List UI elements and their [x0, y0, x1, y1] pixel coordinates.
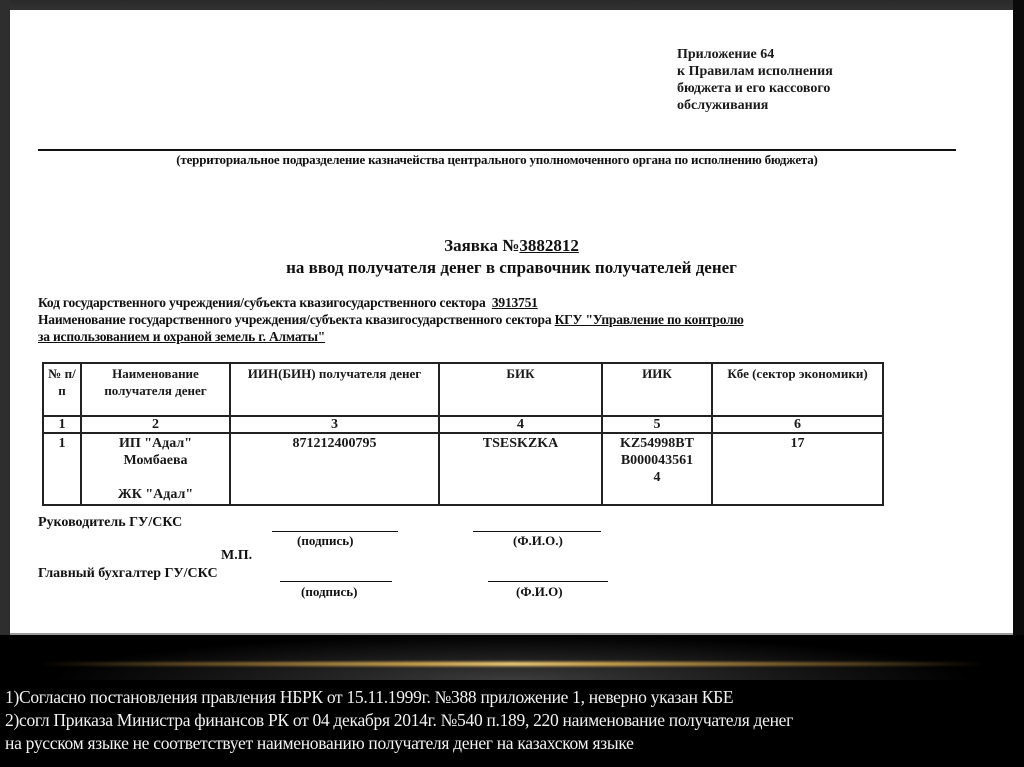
request-title: Заявка №3882812	[10, 236, 1013, 256]
appendix-line: Приложение 64	[677, 46, 833, 63]
recipient-bik: TSESKZKA	[439, 433, 602, 505]
accountant-name-line	[488, 581, 608, 582]
appendix-line: к Правилам исполнения	[677, 63, 833, 80]
accountant-signature-caption: (подпись)	[301, 584, 357, 600]
recipient-iik: KZ54998BT B000043561 4	[602, 433, 712, 505]
table-row: 1 ИП "Адал" Момбаева ЖК "Адал" 871212400…	[43, 433, 883, 505]
appendix-line: бюджета и его кассового	[677, 80, 833, 97]
recipient-iin: 871212400795	[230, 433, 439, 505]
table-header-row: № п/ п Наименование получателя денег ИИН…	[43, 363, 883, 416]
slide-left-frame	[0, 0, 10, 640]
institution-name-value-1: КГУ "Управление по контролю	[555, 312, 744, 327]
institution-name-label: Наименование государственного учреждения…	[38, 312, 551, 327]
request-number: 3882812	[519, 236, 579, 255]
institution-code: Код государственного учреждения/субъекта…	[38, 294, 538, 311]
accountant-name-caption: (Ф.И.О)	[516, 584, 563, 600]
head-signature-line	[272, 531, 398, 532]
subdivision-fill-line	[38, 149, 956, 151]
recipient-name-line: ЖК "Адал"	[85, 486, 226, 503]
head-signature-caption: (подпись)	[297, 533, 353, 549]
recipient-name-line: Момбаева	[85, 452, 226, 469]
column-header: Кбе (сектор экономики)	[712, 363, 883, 416]
note-line: 2)согл Приказа Министра финансов РК от 0…	[5, 709, 793, 732]
head-label: Руководитель ГУ/СКС	[38, 515, 182, 531]
column-header: ИИН(БИН) получателя денег	[230, 363, 439, 416]
accountant-label: Главный бухгалтер ГУ/СКС	[38, 566, 218, 582]
column-header: Наименование получателя денег	[81, 363, 230, 416]
column-number: 6	[712, 416, 883, 433]
slide-notes: 1)Согласно постановления правления НБРК …	[5, 686, 793, 755]
row-number: 1	[43, 433, 81, 505]
note-line: 1)Согласно постановления правления НБРК …	[5, 686, 793, 709]
appendix-line: обслуживания	[677, 97, 833, 114]
appendix-note: Приложение 64 к Правилам исполнения бюдж…	[677, 46, 833, 114]
institution-name: Наименование государственного учреждения…	[38, 311, 958, 345]
iik-line: B000043561	[606, 452, 708, 469]
head-name-caption: (Ф.И.О.)	[513, 533, 563, 549]
column-number-row: 1 2 3 4 5 6	[43, 416, 883, 433]
recipient-name-line: ИП "Адал"	[85, 435, 226, 452]
iik-line: 4	[606, 469, 708, 486]
request-title-prefix: Заявка №	[444, 236, 519, 255]
column-number: 5	[602, 416, 712, 433]
column-number: 3	[230, 416, 439, 433]
slide-right-frame	[1013, 0, 1024, 640]
request-subtitle: на ввод получателя денег в справочник по…	[10, 258, 1013, 278]
column-number: 4	[439, 416, 602, 433]
stamp-label: М.П.	[221, 548, 252, 564]
accountant-signature-line	[280, 581, 392, 582]
subdivision-caption: (территориальное подразделение казначейс…	[38, 152, 956, 168]
institution-code-label: Код государственного учреждения/субъекта…	[38, 295, 486, 310]
column-number: 1	[43, 416, 81, 433]
recipient-table: № п/ п Наименование получателя денег ИИН…	[42, 362, 884, 506]
document-image: Приложение 64 к Правилам исполнения бюдж…	[10, 10, 1013, 635]
note-line: на русском языке не соответствует наимен…	[5, 732, 793, 755]
column-number: 2	[81, 416, 230, 433]
column-header: БИК	[439, 363, 602, 416]
institution-name-value-2: за использованием и охраной земель г. Ал…	[38, 329, 325, 344]
recipient-name: ИП "Адал" Момбаева ЖК "Адал"	[81, 433, 230, 505]
recipient-kbe: 17	[712, 433, 883, 505]
head-name-line	[473, 531, 601, 532]
iik-line: KZ54998BT	[606, 435, 708, 452]
institution-code-value: 3913751	[492, 295, 538, 310]
column-header: ИИК	[602, 363, 712, 416]
gold-divider	[40, 662, 984, 666]
column-header: № п/ п	[43, 363, 81, 416]
